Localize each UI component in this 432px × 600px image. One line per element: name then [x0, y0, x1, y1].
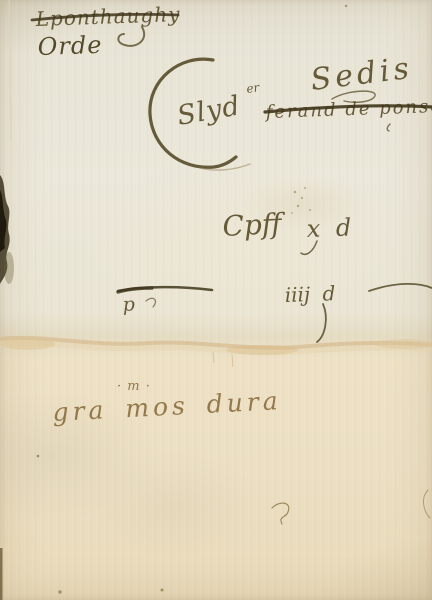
- speck: [58, 590, 62, 594]
- d-flourish: [369, 284, 432, 291]
- descender-loop: [118, 27, 144, 46]
- x-descender-tail: [301, 241, 317, 254]
- speck: [37, 455, 40, 458]
- name-superscript: er: [245, 80, 261, 96]
- amount-x-d: x d: [306, 213, 351, 243]
- name-word: Slyd: [175, 90, 243, 132]
- amount-iiij-d: iiij d: [284, 281, 335, 307]
- orde-word: Orde: [37, 31, 103, 61]
- crease-drips: [213, 352, 233, 367]
- iiij-descender: [317, 304, 326, 342]
- edge-fiber: [424, 490, 430, 518]
- entry-symbol: Cpff: [222, 207, 287, 243]
- ink-layer: Lponthaughy Orde Slyd er Sedis ferand de…: [32, 2, 432, 427]
- paper-fiber: [272, 503, 289, 524]
- crease-stain-middle: [226, 345, 298, 355]
- struck-p-abbreviation: p: [122, 293, 135, 316]
- comma-mark: [387, 124, 390, 131]
- speck: [345, 5, 347, 7]
- note-gra-mos-dura: gra mos dura: [52, 386, 283, 427]
- vertical-crease: [9, 0, 11, 140]
- manuscript-scan: Lponthaughy Orde Slyd er Sedis ferand de…: [0, 0, 432, 600]
- manuscript-page: Lponthaughy Orde Slyd er Sedis ferand de…: [0, 0, 432, 600]
- p-squiggle: [146, 298, 155, 307]
- crease-stain-left: [1, 338, 55, 350]
- bottom-left-edge: [0, 548, 3, 600]
- abbreviation-bar-thick-end: [118, 288, 152, 292]
- tear-smudge: [4, 252, 14, 284]
- ink-speckles: [291, 187, 311, 214]
- left-edge-tear: [0, 175, 14, 600]
- note-m: · m ·: [117, 379, 151, 394]
- speck: [161, 589, 164, 592]
